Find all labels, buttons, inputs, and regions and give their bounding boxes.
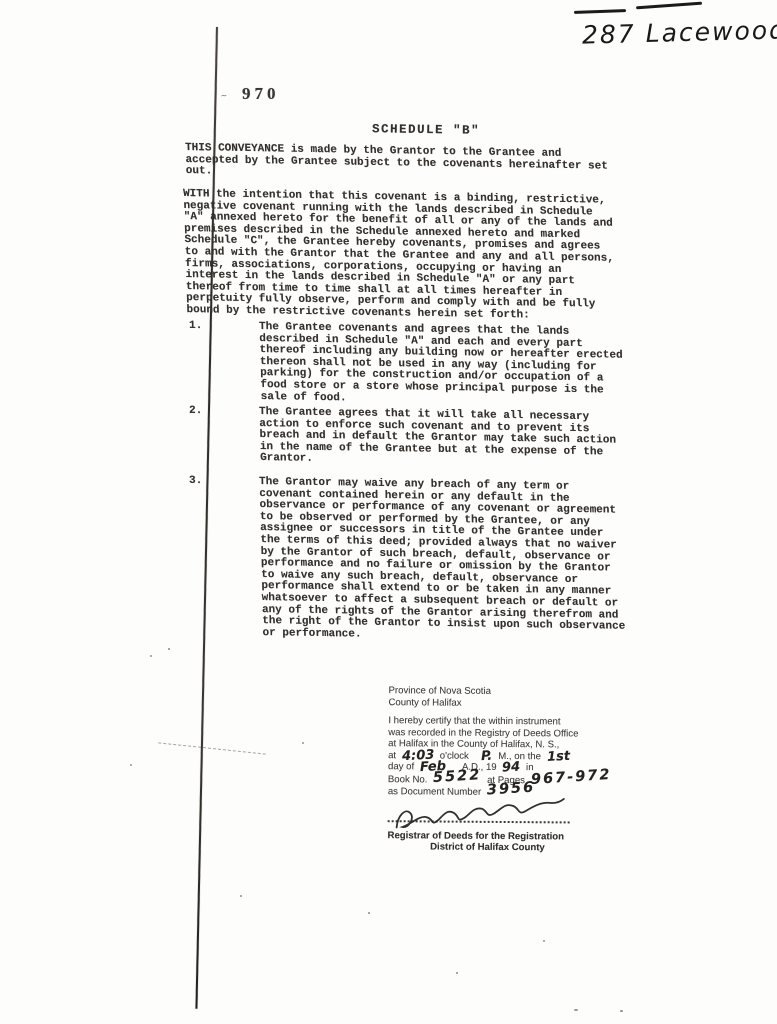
item-number: 3.	[189, 476, 202, 488]
book-label: Book No.	[388, 774, 428, 785]
item-text: The Grantor may waive any breach of any …	[259, 476, 625, 640]
registry-certificate-stamp: Province of Nova Scotia County of Halifa…	[387, 685, 624, 854]
schedule-heading: SCHEDULE "B"	[372, 124, 480, 137]
item-number: 1.	[189, 321, 202, 333]
certificate-province: Province of Nova Scotia	[389, 685, 625, 698]
handwritten-dash-mark	[574, 9, 626, 13]
scan-speck	[574, 1009, 578, 1011]
faint-dash-mark	[158, 742, 266, 754]
handwritten-book-number: 5522	[433, 770, 482, 783]
item-text: The Grantee agrees that it will take all…	[259, 406, 616, 465]
scanned-deed-page: { "page": { "handwriting_top_right": "28…	[0, 0, 777, 1024]
handwritten-address-note: 287 Lacewood	[582, 15, 777, 49]
scan-speck	[620, 1010, 623, 1012]
covenant-item: 3. The Grantor may waive any breach of a…	[259, 477, 631, 645]
conveyance-paragraph: THIS CONVEYANCE is made by the Grantor t…	[185, 143, 618, 185]
certificate-body-line: I hereby certify that the within instrum…	[388, 715, 624, 728]
handwritten-year: 94	[502, 763, 521, 774]
scan-speck	[168, 648, 170, 650]
at-label: at	[388, 750, 396, 761]
covenant-item: 1. The Grantee covenants and agrees that…	[259, 322, 629, 409]
document-number-label: as Document Number	[388, 786, 481, 798]
covenant-paragraph: WITH the intention that this covenant is…	[183, 189, 619, 323]
scan-speck	[150, 655, 152, 657]
handwritten-dash-mark	[636, 2, 702, 9]
covenant-lead: WITH	[183, 188, 210, 200]
scan-speck	[456, 972, 458, 974]
page-number-tick: ~	[220, 91, 227, 103]
certificate-county: County of Halifax	[388, 697, 624, 710]
scan-speck	[130, 764, 132, 766]
document-page: 287 Lacewood ~ 970 SCHEDULE "B" THIS CON…	[0, 0, 777, 1024]
covenant-item: 2. The Grantee agrees that it will take …	[259, 407, 628, 471]
scan-speck	[240, 895, 242, 897]
item-text: The Grantee covenants and agrees that th…	[259, 321, 623, 404]
scan-speck	[368, 912, 370, 914]
handwritten-meridiem: P.	[481, 751, 493, 761]
registrar-district-line: District of Halifax County	[387, 841, 587, 854]
page-number: 970	[242, 84, 280, 104]
scan-speck	[302, 742, 304, 744]
handwritten-day: 1st	[546, 751, 569, 762]
signature-area	[388, 800, 624, 832]
scan-speck	[543, 940, 545, 942]
handwritten-pages: 967-972	[530, 769, 611, 784]
item-number: 2.	[189, 406, 202, 418]
covenant-text: the intention that this covenant is a bi…	[183, 188, 614, 321]
